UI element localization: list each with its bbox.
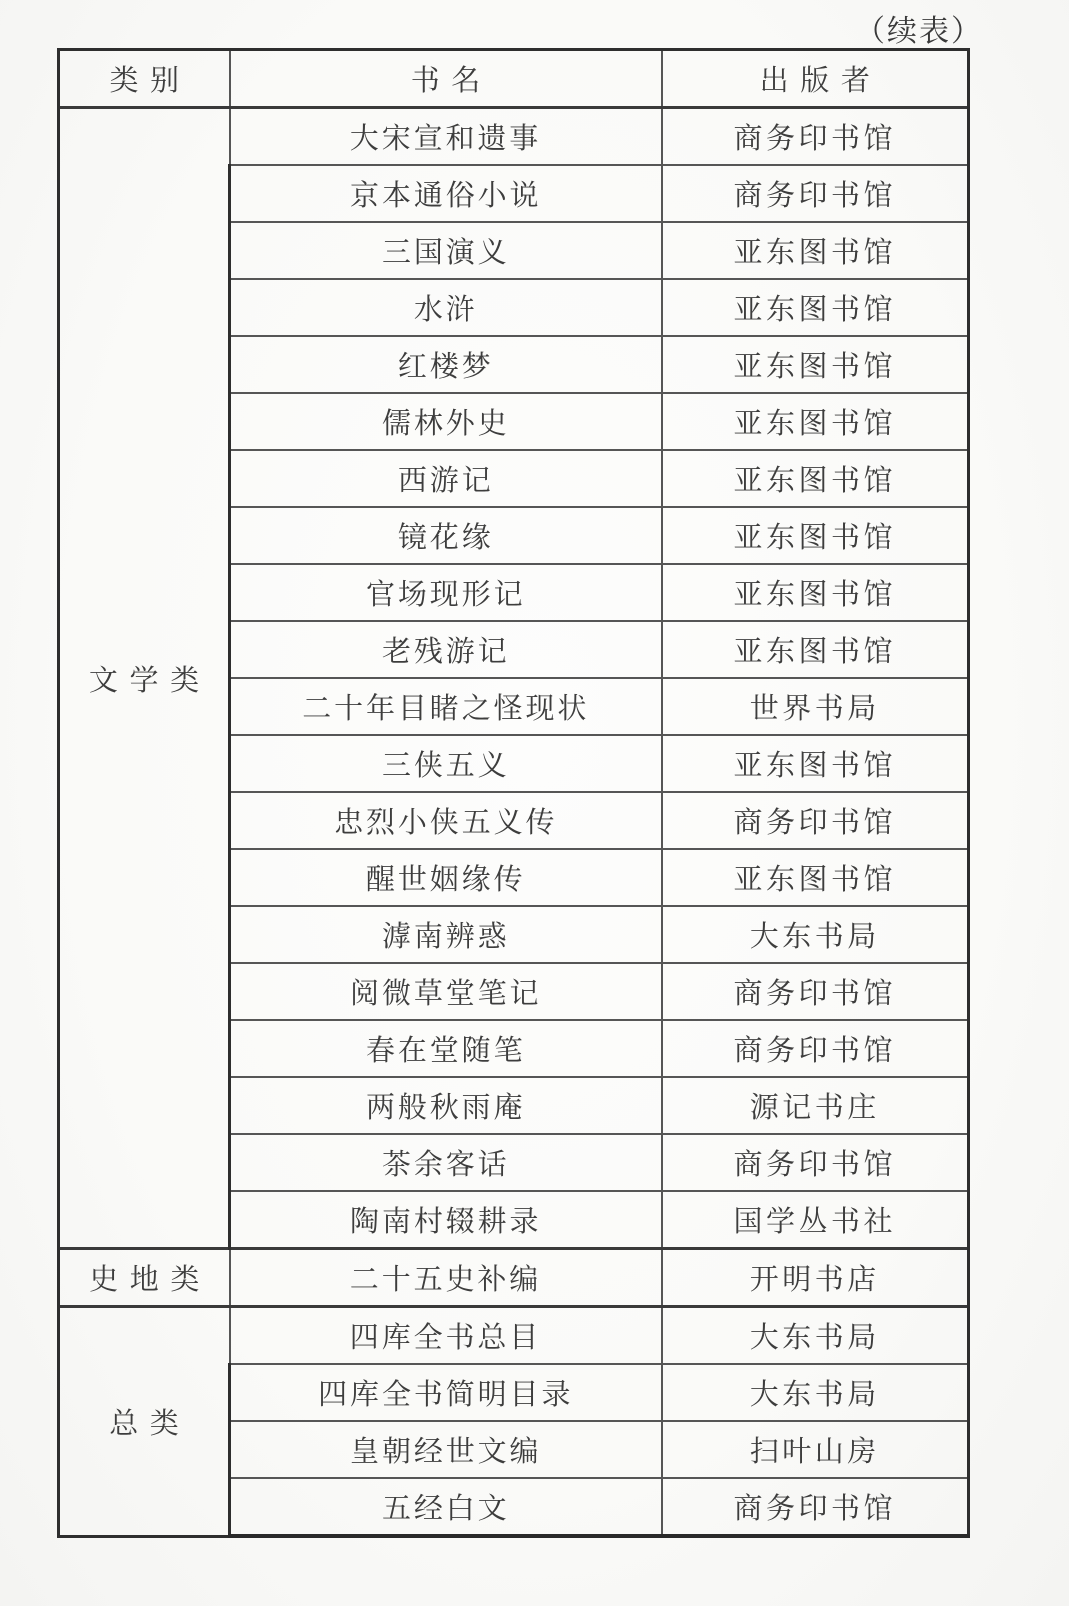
book-name-cell: 老残游记: [230, 621, 662, 678]
table-row: 文学类大宋宣和遗事商务印书馆: [59, 108, 969, 166]
publisher-cell: 商务印书馆: [662, 1478, 969, 1536]
publisher-cell: 亚东图书馆: [662, 507, 969, 564]
publisher-cell: 亚东图书馆: [662, 735, 969, 792]
book-name-cell: 大宋宣和遗事: [230, 108, 662, 166]
publisher-cell: 商务印书馆: [662, 963, 969, 1020]
book-name-cell: 忠烈小侠五义传: [230, 792, 662, 849]
publisher-cell: 大东书局: [662, 906, 969, 963]
publisher-cell: 亚东图书馆: [662, 279, 969, 336]
publisher-cell: 亚东图书馆: [662, 849, 969, 906]
book-name-cell: 茶余客话: [230, 1134, 662, 1191]
book-name-cell: 三国演义: [230, 222, 662, 279]
publisher-cell: 大东书局: [662, 1307, 969, 1365]
publisher-cell: 商务印书馆: [662, 108, 969, 166]
category-cell: 史地类: [59, 1249, 230, 1307]
publisher-cell: 商务印书馆: [662, 1134, 969, 1191]
header-category: 类别: [59, 50, 230, 108]
header-book-name: 书名: [230, 50, 662, 108]
table-row: 史地类二十五史补编开明书店: [59, 1249, 969, 1307]
header-row: 类别 书名 出版者: [59, 50, 969, 108]
book-name-cell: 四库全书总目: [230, 1307, 662, 1365]
book-name-cell: 陶南村辍耕录: [230, 1191, 662, 1249]
book-name-cell: 镜花缘: [230, 507, 662, 564]
book-name-cell: 阅微草堂笔记: [230, 963, 662, 1020]
book-name-cell: 两般秋雨庵: [230, 1077, 662, 1134]
book-name-cell: 二十年目睹之怪现状: [230, 678, 662, 735]
publisher-cell: 源记书庄: [662, 1077, 969, 1134]
publisher-cell: 亚东图书馆: [662, 450, 969, 507]
book-name-cell: 三侠五义: [230, 735, 662, 792]
publisher-cell: 开明书店: [662, 1249, 969, 1307]
book-list-table: 类别 书名 出版者 文学类大宋宣和遗事商务印书馆京本通俗小说商务印书馆三国演义亚…: [57, 48, 970, 1538]
book-name-cell: 二十五史补编: [230, 1249, 662, 1307]
book-name-cell: 四库全书简明目录: [230, 1364, 662, 1421]
publisher-cell: 商务印书馆: [662, 165, 969, 222]
book-name-cell: 西游记: [230, 450, 662, 507]
publisher-cell: 世界书局: [662, 678, 969, 735]
publisher-cell: 亚东图书馆: [662, 621, 969, 678]
continued-table-label: （续表）: [855, 6, 983, 50]
book-name-cell: 儒林外史: [230, 393, 662, 450]
book-name-cell: 水浒: [230, 279, 662, 336]
category-cell: 总类: [59, 1307, 230, 1537]
publisher-cell: 商务印书馆: [662, 792, 969, 849]
publisher-cell: 亚东图书馆: [662, 222, 969, 279]
publisher-cell: 亚东图书馆: [662, 393, 969, 450]
publisher-cell: 商务印书馆: [662, 1020, 969, 1077]
book-name-cell: 醒世姻缘传: [230, 849, 662, 906]
category-cell: 文学类: [59, 108, 230, 1249]
publisher-cell: 国学丛书社: [662, 1191, 969, 1249]
publisher-cell: 亚东图书馆: [662, 336, 969, 393]
publisher-cell: 亚东图书馆: [662, 564, 969, 621]
book-name-cell: 滹南辨惑: [230, 906, 662, 963]
book-name-cell: 春在堂随笔: [230, 1020, 662, 1077]
book-name-cell: 京本通俗小说: [230, 165, 662, 222]
publisher-cell: 大东书局: [662, 1364, 969, 1421]
table-row: 总类四库全书总目大东书局: [59, 1307, 969, 1365]
book-name-cell: 皇朝经世文编: [230, 1421, 662, 1478]
book-name-cell: 红楼梦: [230, 336, 662, 393]
header-publisher: 出版者: [662, 50, 969, 108]
publisher-cell: 扫叶山房: [662, 1421, 969, 1478]
book-name-cell: 官场现形记: [230, 564, 662, 621]
book-name-cell: 五经白文: [230, 1478, 662, 1536]
